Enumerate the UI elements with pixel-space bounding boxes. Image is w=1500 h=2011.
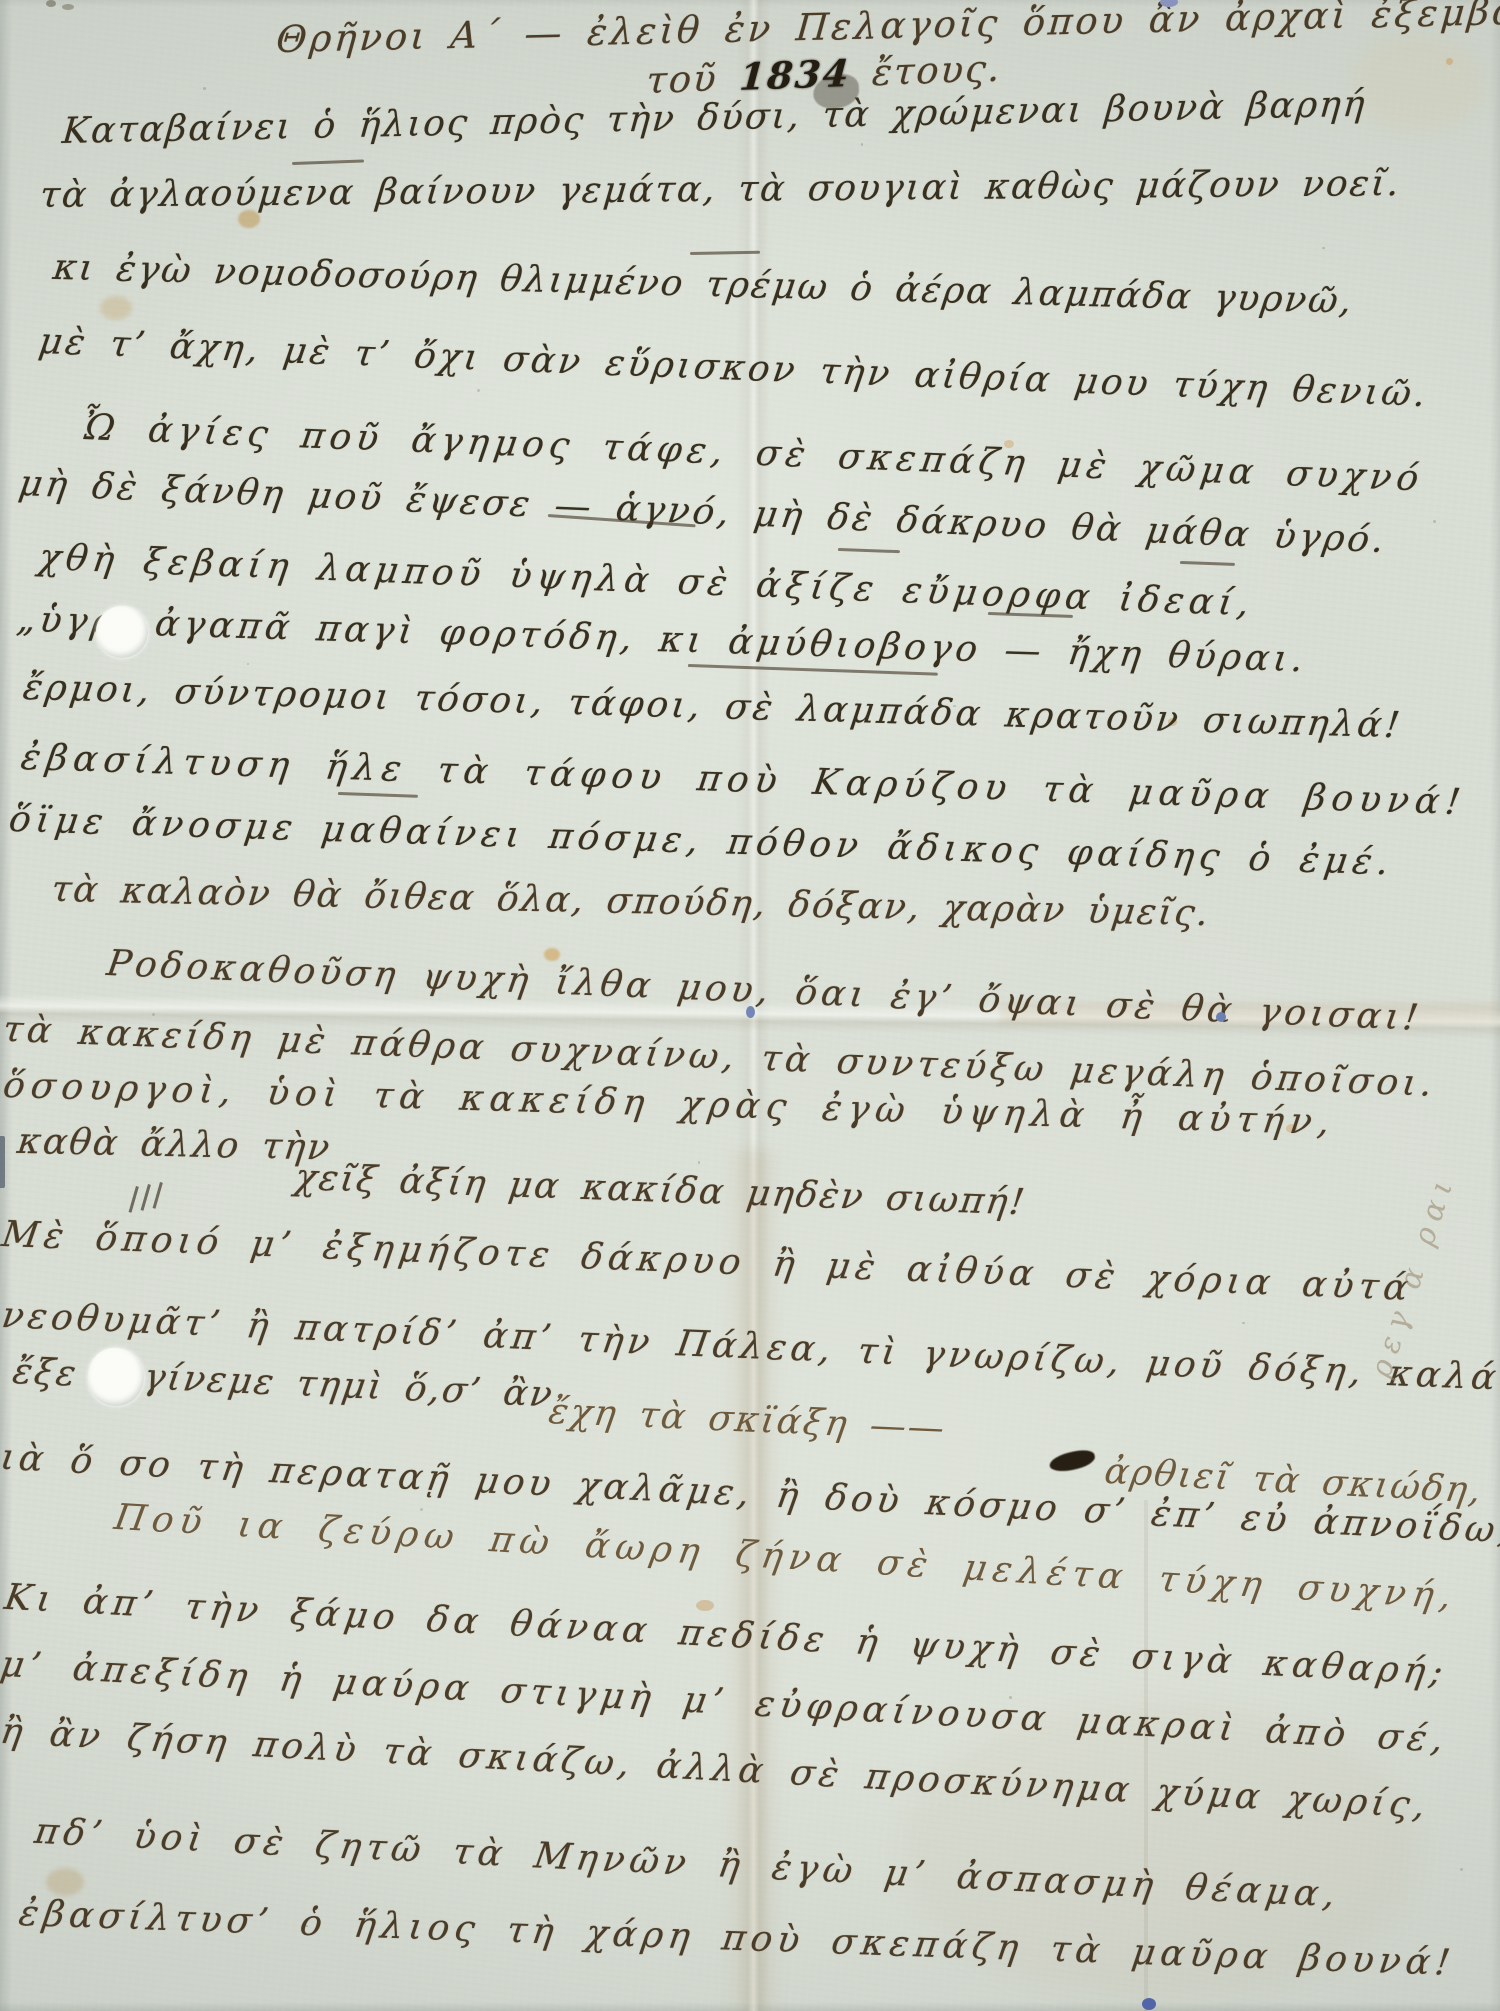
foxing-dot [1446, 58, 1453, 65]
manuscript-line: Μὲ ὅποιό μ’ ἐξημήζοτε δάκρυο ἢ μὲ αἰθύα … [0, 1215, 1416, 1309]
paper-fleck [247, 663, 249, 665]
paper-fleck [1242, 1322, 1245, 1324]
foxing-stain [100, 296, 132, 320]
paper-fleck [1433, 520, 1436, 523]
manuscript-line: κι ἐγὼ νομοδοσούρη θλιμμένο τρέμω ὁ ἀέρα… [51, 248, 1356, 322]
ink-blot [1048, 1448, 1096, 1474]
manuscript-line: χεῖξ ἀξίη μα κακίδα μηδὲν σιωπή! [292, 1158, 1028, 1223]
ink-underline [1180, 561, 1235, 566]
manuscript-line: τὰ ἀγλαούμενα βαίνουν γεμάτα, τὰ σουγιαὶ… [38, 164, 1402, 216]
blue-fiber [746, 1006, 755, 1018]
hatch-mark [141, 1184, 151, 1211]
paper-fleck [1460, 1868, 1463, 1871]
hatch-mark [129, 1186, 139, 1213]
edge-mark [46, 0, 56, 7]
corner-stain [1352, 36, 1482, 131]
foxing-stain [544, 948, 560, 961]
paper-fleck [1322, 247, 1325, 249]
blue-fiber [1216, 1012, 1226, 1022]
hatch-mark [153, 1182, 163, 1209]
manuscript-line: μὲ τ’ ἄχη, μὲ τ’ ὄχι σὰν εὕρισκον τὴν αἰ… [36, 322, 1431, 415]
edge-mark [62, 4, 74, 10]
blue-edge-mark [1142, 1998, 1156, 2010]
ink-underline [838, 548, 900, 553]
ink-underline [292, 159, 364, 165]
foxing-dot [696, 1600, 714, 1611]
manuscript-line: ἔρμοι, σύντρομοι τόσοι, τάφοι, σὲ λαμπάδ… [21, 668, 1405, 746]
manuscript-line: καθὰ ἄλλο τὴν [15, 1122, 334, 1168]
paper-fleck [477, 389, 480, 392]
paper-fleck [698, 1161, 700, 1164]
paper-fleck [203, 87, 206, 90]
foxing-stain [46, 1868, 84, 1896]
date-word: τοῦ [645, 57, 719, 103]
edge-shadow-mark [0, 1136, 5, 1188]
ink-underline [338, 792, 418, 798]
manuscript-line: τὰ καλαὸν θὰ ὄιθεα ὅλα, σπούδη, δόξαν, χ… [49, 870, 1213, 934]
paper-fleck [861, 143, 863, 146]
date-word: ἔτους. [871, 47, 1004, 95]
manuscript-page: Θρῆνοι Α΄ — ἐλεὶθ ἐν Πελαγοῖς ὅπου ἂν ἀρ… [0, 0, 1500, 2011]
manuscript-line: ἔχη τὰ σκϊάξη —— [546, 1392, 949, 1449]
punch-hole [96, 606, 148, 658]
paper-fleck [420, 1508, 423, 1511]
